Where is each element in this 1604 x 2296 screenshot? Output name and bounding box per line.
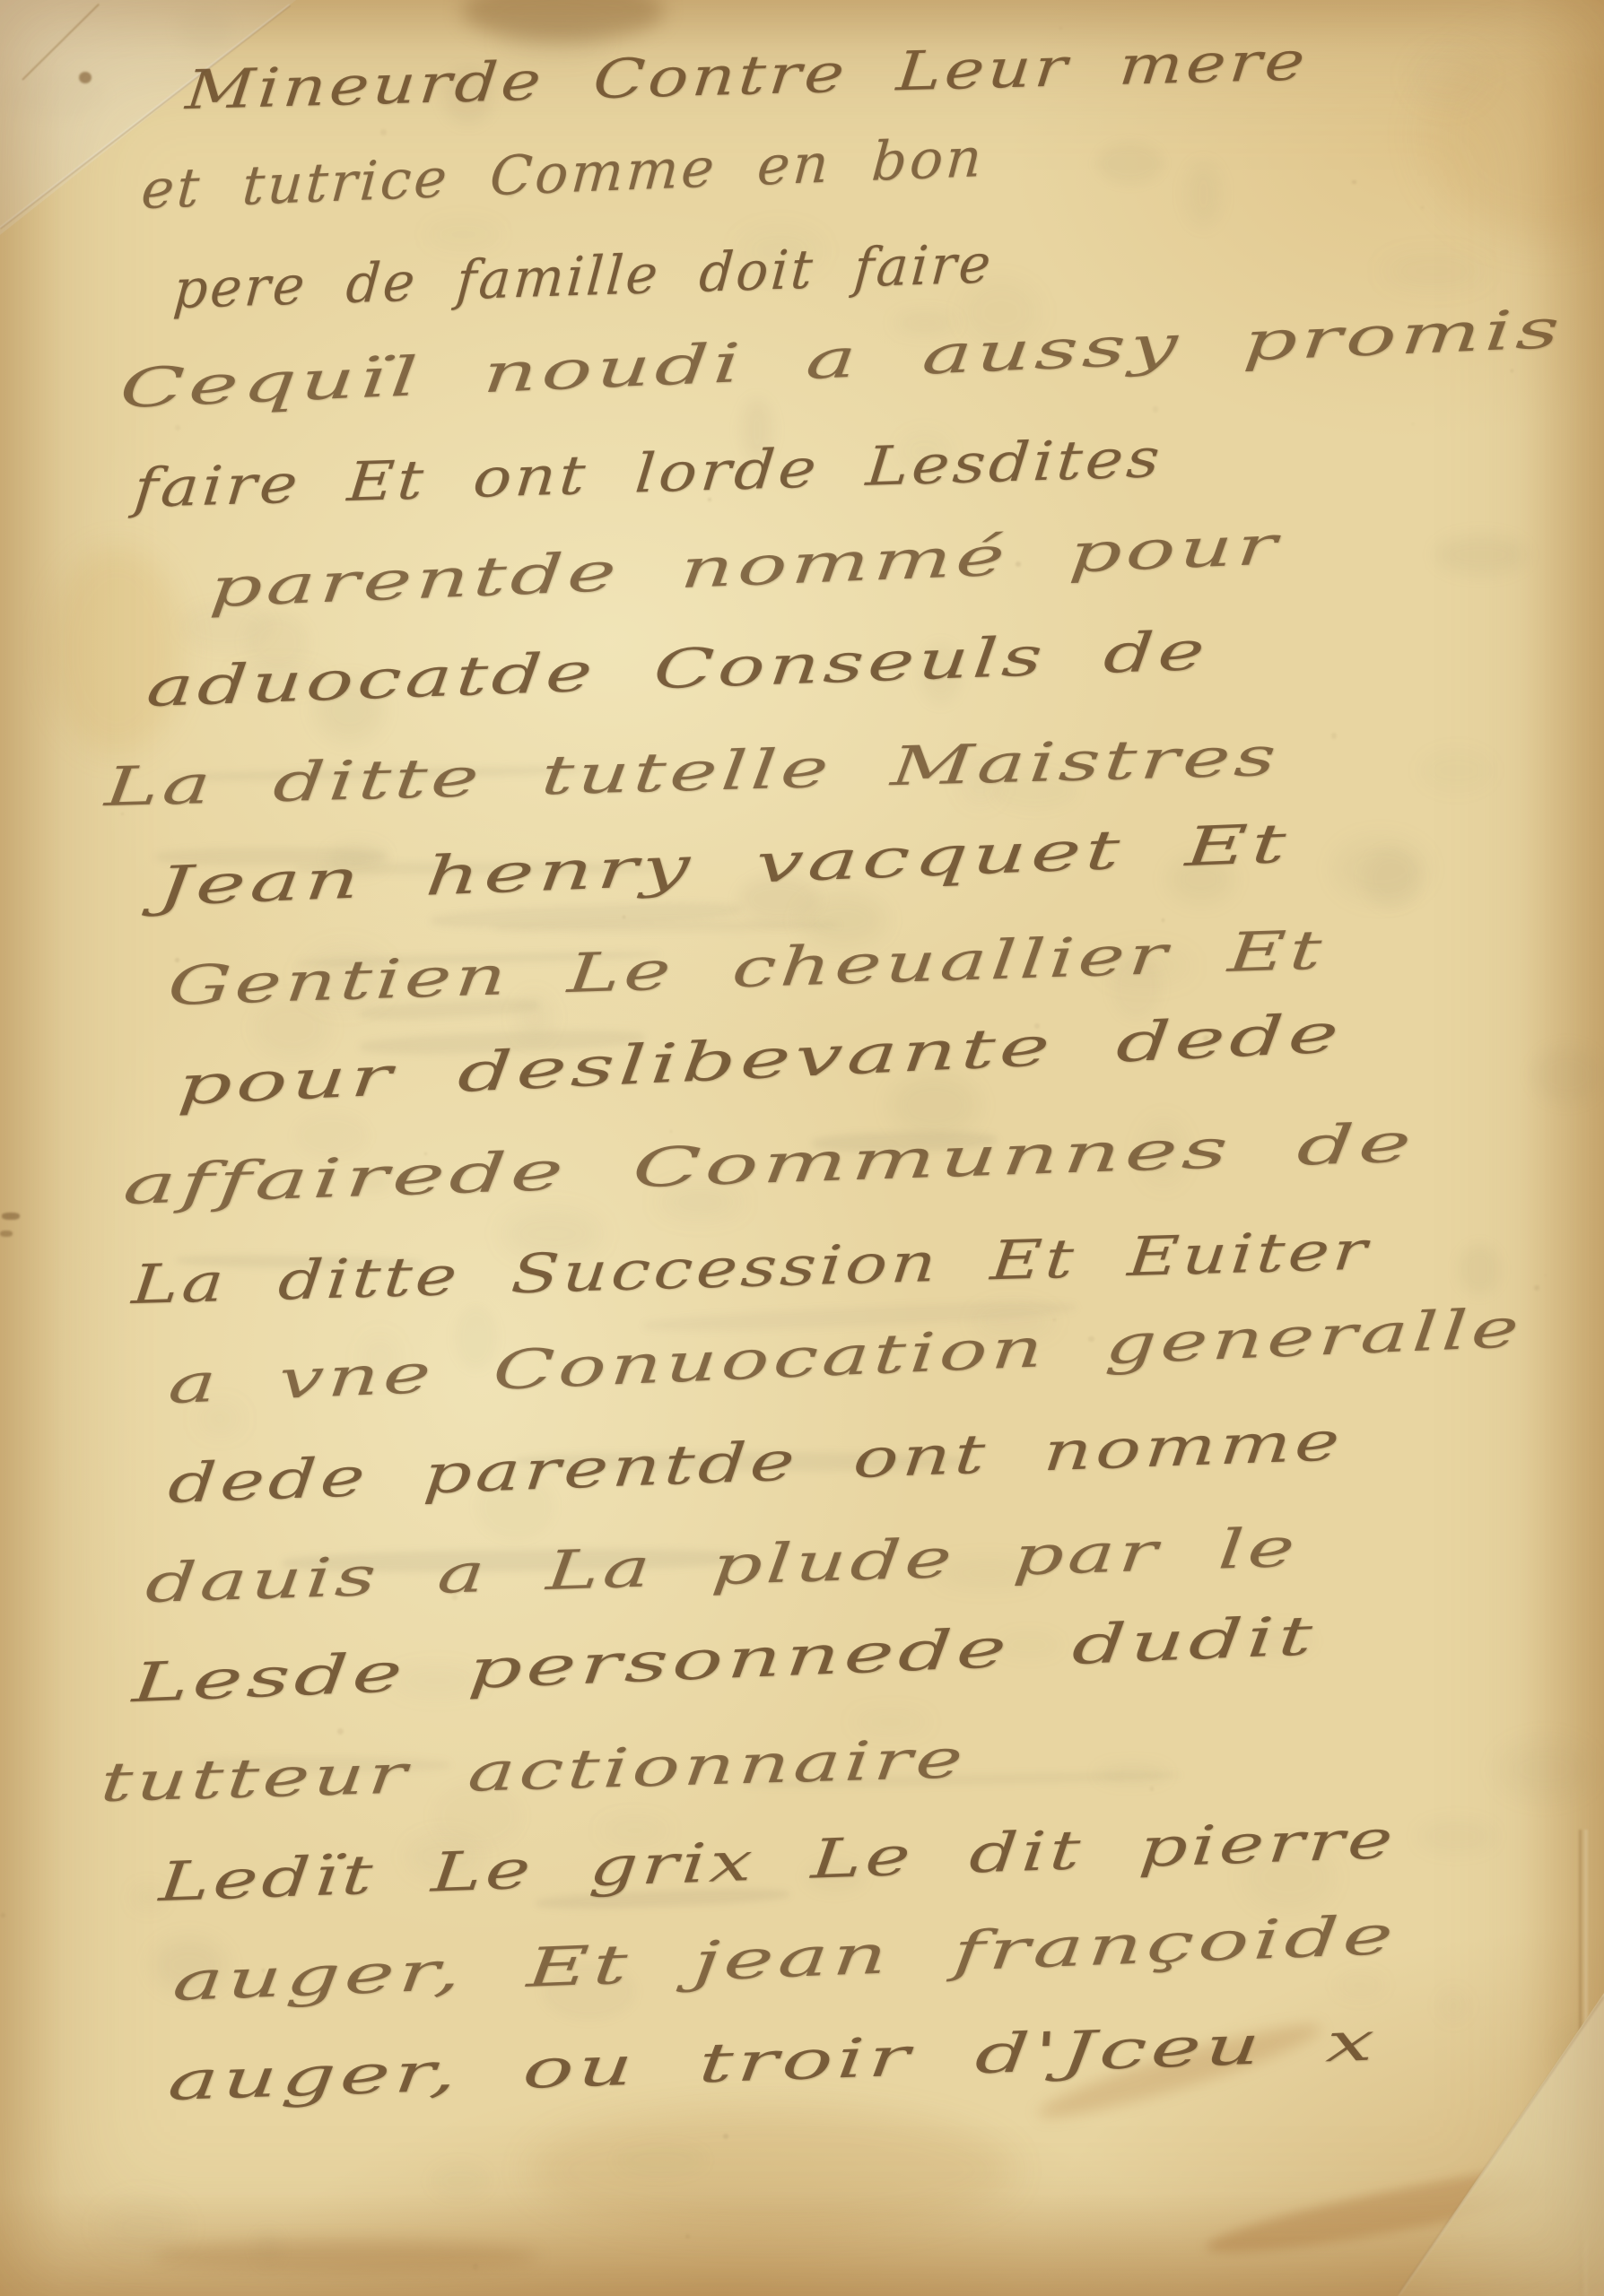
manuscript-line-14: a vne Conuocation generalle [167,1297,1525,1417]
manuscript-line-15: dede parentde ont nomme [166,1410,1345,1516]
manuscript-line-11: pour deslibevante dede [176,1002,1345,1118]
manuscript-line-2: et tutrice Comme en bon [139,126,986,222]
manuscript-line-16: dauis a La plude par le [144,1517,1301,1616]
manuscript-line-19: Ledït Le grix Le dit pierre [157,1808,1399,1914]
manuscript-line-3: pere de famille doit faire [171,232,996,321]
manuscript-line-20: auger, Et jean françoide [170,1904,1399,2014]
manuscript-line-8: La ditte tutelle Maistres [102,726,1282,819]
manuscript-page: Mineurde Contre Leur mereet tutrice Comm… [0,0,1604,2296]
manuscript-line-21: auger, ou troir d'Jceu x [166,2010,1381,2113]
manuscript-line-17: Lesde personnede dudit [130,1605,1318,1715]
manuscript-line-6: parentde nommé pour [207,514,1282,620]
manuscript-line-18: tutteur actionnaire [99,1727,969,1814]
manuscript-line-13: La ditte Succession Et Euiter [130,1219,1373,1317]
manuscript-line-1: Mineurde Contre Leur mere [183,30,1310,122]
manuscript-line-12: affairede Communnes de [121,1111,1417,1217]
manuscript-line-10: Gentien Le cheuallier Et [166,918,1328,1018]
manuscript-text: Mineurde Contre Leur mereet tutrice Comm… [0,0,1604,2296]
manuscript-line-7: aduocatde Conseuls de [144,620,1210,720]
manuscript-line-5: faire Et ont lorde Lesdites [132,427,1165,520]
manuscript-line-9: Jean henry vacquet Et [155,813,1292,919]
